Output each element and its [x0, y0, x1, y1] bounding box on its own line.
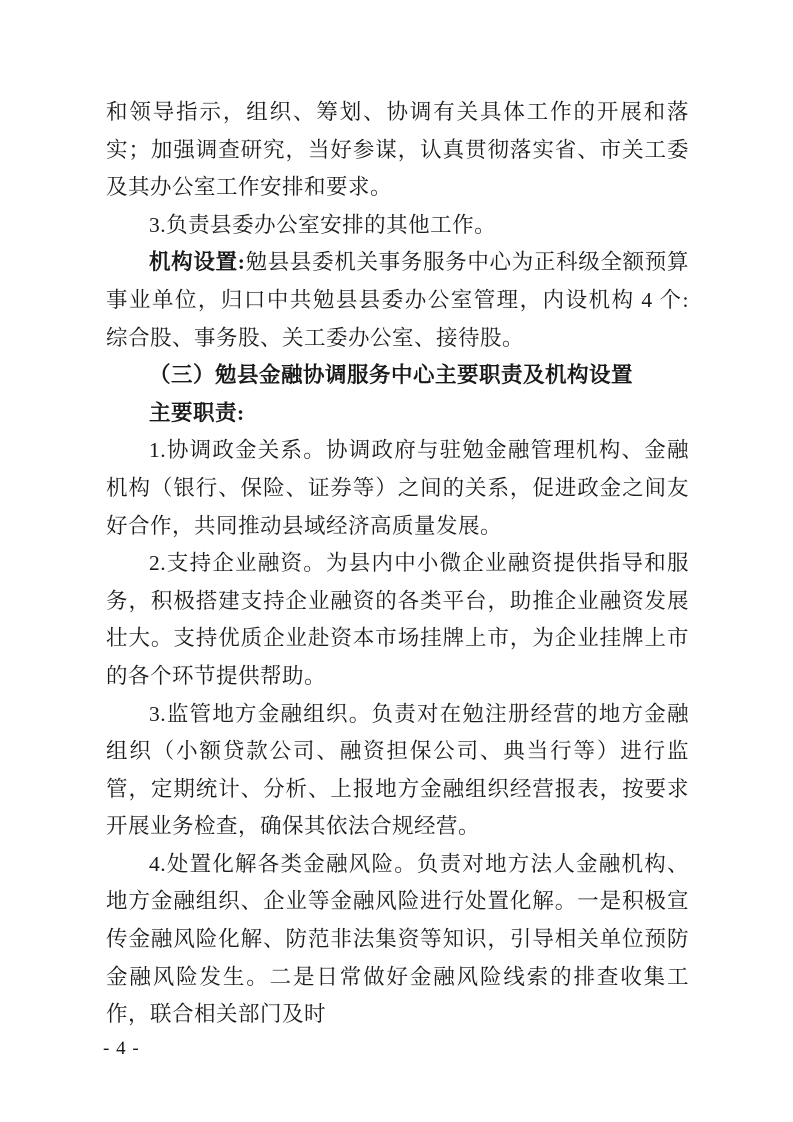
paragraph-continuation: 和领导指示，组织、筹划、协调有关具体工作的开展和落实；加强调查研究，当好参谋，认… [106, 94, 689, 207]
document-body: 和领导指示，组织、筹划、协调有关具体工作的开展和落实；加强调查研究，当好参谋，认… [106, 94, 689, 1034]
duty-paragraph-4: 4.处置化解各类金融风险。负责对地方法人金融机构、地方金融组织、企业等金融风险进… [106, 846, 689, 1034]
org-setup-label: 机构设置: [149, 250, 245, 274]
section-heading-finance-center: （三）勉县金融协调服务中心主要职责及机构设置 [106, 357, 689, 395]
document-page: 和领导指示，组织、筹划、协调有关具体工作的开展和落实；加强调查研究，当好参谋，认… [0, 0, 793, 1122]
duty-paragraph-2: 2.支持企业融资。为县内中小微企业融资提供指导和服务，积极搭建支持企业融资的各类… [106, 545, 689, 695]
paragraph-other-duties: 3.负责县委办公室安排的其他工作。 [106, 207, 689, 245]
subsection-heading-main-duties: 主要职责: [106, 395, 689, 433]
duty-paragraph-1: 1.协调政金关系。协调政府与驻勉金融管理机构、金融机构（银行、保险、证券等）之间… [106, 432, 689, 545]
page-number: - 4 - [103, 1038, 140, 1060]
duty-paragraph-3: 3.监管地方金融组织。负责对在勉注册经营的地方金融组织（小额贷款公司、融资担保公… [106, 696, 689, 846]
paragraph-org-setup: 机构设置:勉县县委机关事务服务中心为正科级全额预算事业单位，归口中共勉县县委办公… [106, 244, 689, 357]
